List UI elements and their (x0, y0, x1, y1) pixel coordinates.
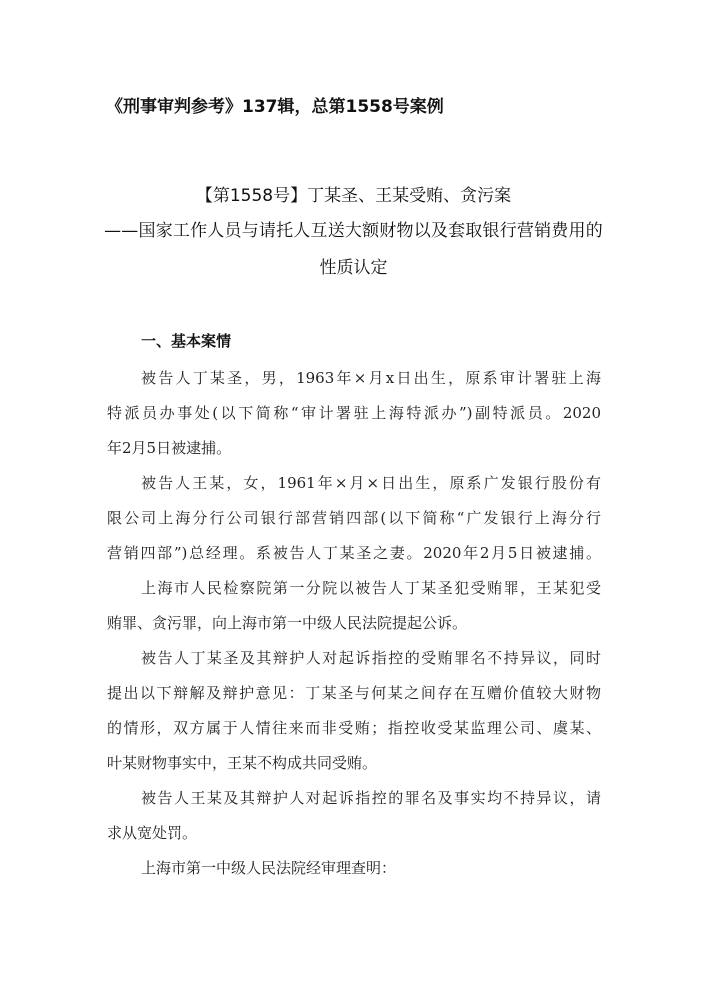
document-page: 《刑事审判参考》137辑，总第1558号案例 【第1558号】丁某圣、王某受贿、… (0, 0, 707, 999)
paragraph-line: 年2月5日被逮捕。 (107, 431, 601, 466)
case-subtitle: ——国家工作人员与请托人互送大额财物以及套取银行营销费用的 (0, 216, 707, 241)
paragraph-ding-defense: 被告人丁某圣及其辩护人对起诉指控的受贿罪名不持异议，同时 提出以下辩解及辩护意见… (107, 641, 601, 781)
paragraph-line: 求从宽处罚。 (107, 816, 601, 851)
case-subtitle-continued: 性质认定 (0, 253, 707, 278)
paragraph-line: 特派员办事处(以下简称“审计署驻上海特派办”)副特派员。2020 (107, 396, 601, 431)
paragraph-line: 营销四部”)总经理。系被告人丁某圣之妻。2020年2月5日被逮捕。 (107, 536, 601, 571)
paragraph-line: 上海市人民检察院第一分院以被告人丁某圣犯受贿罪，王某犯受 (107, 571, 601, 606)
paragraph-court-findings: 上海市第一中级人民法院经审理查明： (107, 851, 601, 886)
paragraph-line: 上海市第一中级人民法院经审理查明： (107, 851, 601, 886)
paragraph-line: 被告人王某，女，1961年×月×日出生，原系广发银行股份有 (107, 466, 601, 501)
paragraph-defendant-wang: 被告人王某，女，1961年×月×日出生，原系广发银行股份有 限公司上海分行公司银… (107, 466, 601, 571)
case-title: 【第1558号】丁某圣、王某受贿、贪污案 (0, 181, 707, 206)
paragraph-line: 被告人丁某圣及其辩护人对起诉指控的受贿罪名不持异议，同时 (107, 641, 601, 676)
paragraph-line: 贿罪、贪污罪，向上海市第一中级人民法院提起公诉。 (107, 606, 601, 641)
source-title: 《刑事审判参考》137辑，总第1558号案例 (106, 92, 444, 117)
paragraph-line: 叶某财物事实中，王某不构成共同受贿。 (107, 746, 601, 781)
paragraph-line: 的情形，双方属于人情往来而非受贿；指控收受某监理公司、虞某、 (107, 711, 601, 746)
paragraph-wang-defense: 被告人王某及其辩护人对起诉指控的罪名及事实均不持异议，请 求从宽处罚。 (107, 781, 601, 851)
section-heading: 一、基本案情 (141, 330, 231, 351)
paragraph-prosecution: 上海市人民检察院第一分院以被告人丁某圣犯受贿罪，王某犯受 贿罪、贪污罪，向上海市… (107, 571, 601, 641)
paragraph-line: 被告人丁某圣，男，1963年×月x日出生，原系审计署驻上海 (107, 361, 601, 396)
paragraph-defendant-ding: 被告人丁某圣，男，1963年×月x日出生，原系审计署驻上海 特派员办事处(以下简… (107, 361, 601, 466)
paragraph-line: 限公司上海分行公司银行部营销四部(以下简称“广发银行上海分行 (107, 501, 601, 536)
paragraph-line: 提出以下辩解及辩护意见：丁某圣与何某之间存在互赠价值较大财物 (107, 676, 601, 711)
paragraph-line: 被告人王某及其辩护人对起诉指控的罪名及事实均不持异议，请 (107, 781, 601, 816)
